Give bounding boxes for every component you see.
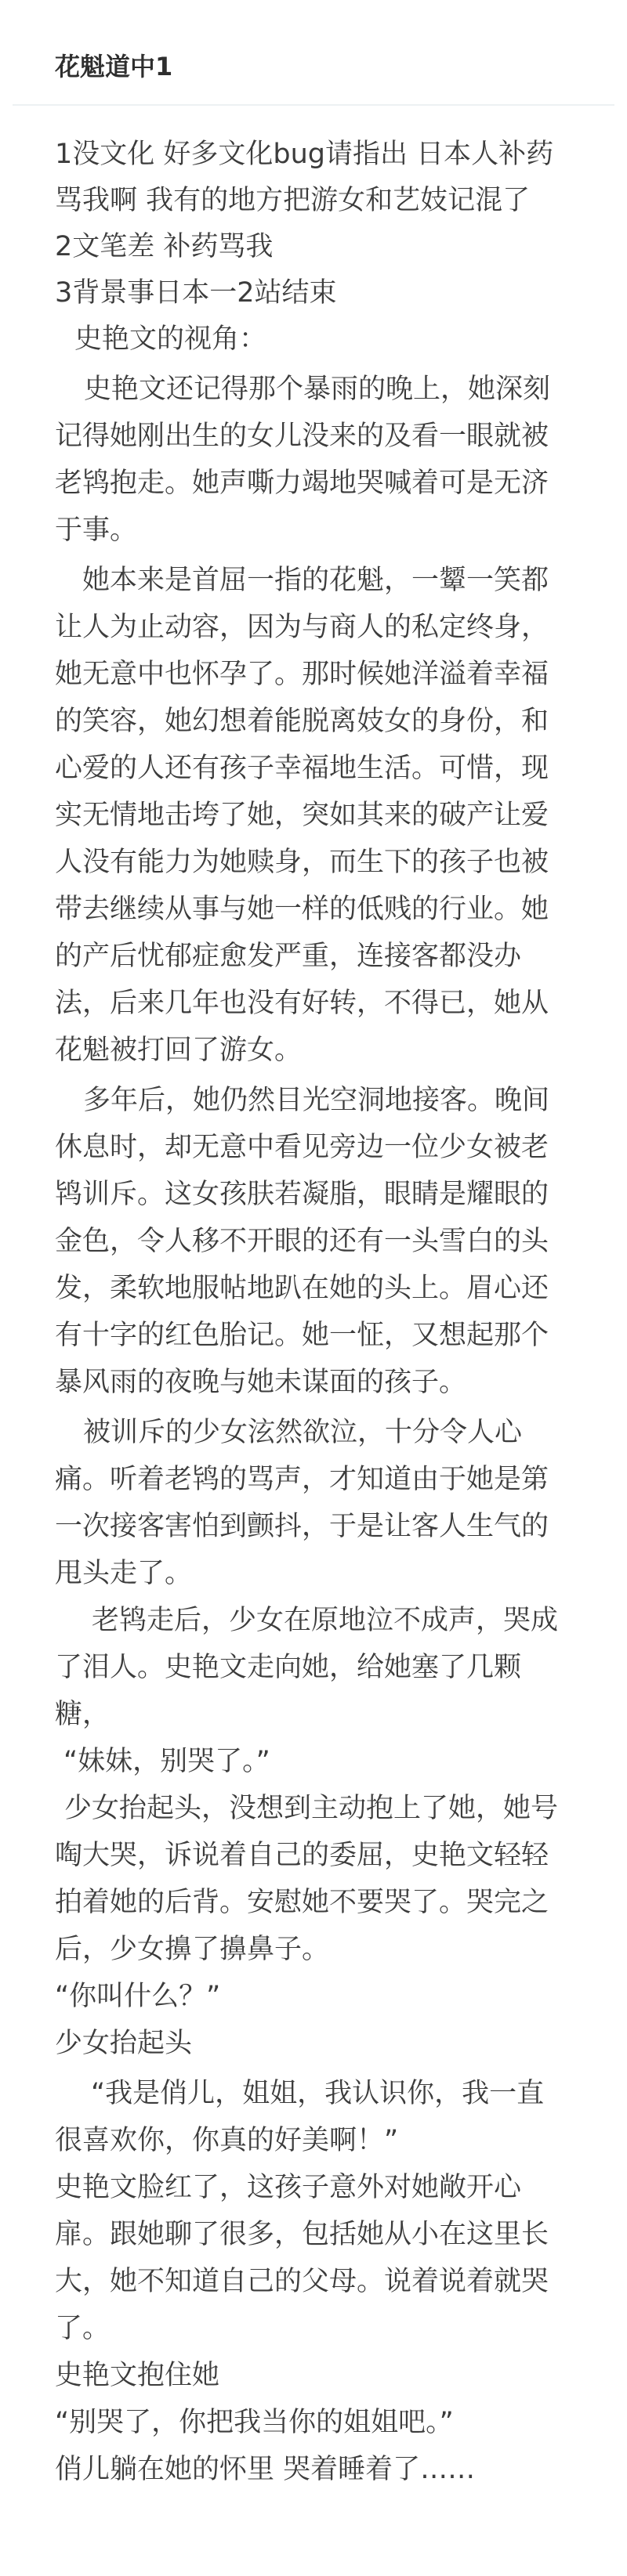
text-line: 史艳文的视角：	[55, 316, 572, 363]
text-line: 于事。	[55, 507, 572, 554]
text-line: 金色，令人移不开眼的还有一头雪白的头	[55, 1218, 572, 1265]
note-paragraph: 2文笔差 补药骂我	[55, 224, 572, 270]
text-line: 了。	[55, 2305, 572, 2352]
text-line: 让人为止动容，因为与商人的私定终身，	[55, 604, 572, 651]
text-line: 后，少女擤了擤鼻子。	[55, 1926, 572, 1973]
dialogue-line: “别哭了，你把我当你的姐姐吧。”	[55, 2399, 572, 2446]
text-line: 她本来是首屈一指的花魁，一颦一笑都	[55, 557, 572, 604]
story-paragraph: 她本来是首屈一指的花魁，一颦一笑都 让人为止动容，因为与商人的私定终身， 她无意…	[55, 557, 572, 1074]
text-line: 少女抬起头，没想到主动抱上了她，她号	[55, 1785, 572, 1832]
text-line: 带去继续从事与她一样的低贱的行业。她	[55, 886, 572, 933]
story-paragraph: 史艳文抱住她	[55, 2352, 572, 2399]
text-line: 她无意中也怀孕了。那时候她洋溢着幸福	[55, 651, 572, 698]
story-paragraph: 俏儿躺在她的怀里 哭着睡着了……	[55, 2446, 572, 2493]
text-line: 史艳文脸红了，这孩子意外对她敞开心	[55, 2164, 572, 2211]
text-line: 暴风雨的夜晚与她未谋面的孩子。	[55, 1359, 572, 1406]
text-line: 俏儿躺在她的怀里 哭着睡着了……	[55, 2446, 572, 2493]
text-line: 骂我啊 我有的地方把游女和艺妓记混了	[55, 178, 572, 224]
story-paragraph: 老鸨走后，少女在原地泣不成声，哭成 了泪人。史艳文走向她，给她塞了几颗 糖，	[55, 1597, 572, 1738]
text-line: 一次接客害怕到颤抖，于是让客人生气的	[55, 1503, 572, 1550]
text-line: “别哭了，你把我当你的姐姐吧。”	[55, 2399, 572, 2446]
text-line: 拍着她的后背。安慰她不要哭了。哭完之	[55, 1879, 572, 1926]
text-line: 休息时，却无意中看见旁边一位少女被老	[55, 1124, 572, 1171]
text-line: 人没有能力为她赎身，而生下的孩子也被	[55, 839, 572, 886]
article-body: 1没文化 好多文化bug请指出 日本人补药 骂我啊 我有的地方把游女和艺妓记混了…	[55, 132, 572, 2493]
text-line: 老鸨抱走。她声嘶力竭地哭喊着可是无济	[55, 460, 572, 507]
dialogue-line: “我是俏儿，姐姐，我认识你，我一直 很喜欢你，你真的好美啊！”	[55, 2070, 572, 2164]
article-page: 花魁道中1 1没文化 好多文化bug请指出 日本人补药 骂我啊 我有的地方把游女…	[0, 0, 627, 2576]
story-paragraph: 多年后，她仍然目光空洞地接客。晚间 休息时，却无意中看见旁边一位少女被老 鸨训斥…	[55, 1077, 572, 1406]
text-line: 法，后来几年也没有好转，不得已，她从	[55, 980, 572, 1027]
text-line: 啕大哭，诉说着自己的委屈，史艳文轻轻	[55, 1832, 572, 1879]
text-line: 甩头走了。	[55, 1550, 572, 1597]
text-line: 鸨训斥。这女孩肤若凝脂，眼睛是耀眼的	[55, 1171, 572, 1218]
text-line: 心爱的人还有孩子幸福地生活。可惜，现	[55, 745, 572, 792]
text-line: “妹妹，别哭了。”	[55, 1738, 572, 1785]
text-line: 扉。跟她聊了很多，包括她从小在这里长	[55, 2211, 572, 2258]
text-line: 记得她刚出生的女儿没来的及看一眼就被	[55, 413, 572, 460]
story-paragraph: 被训斥的少女泫然欲泣，十分令人心 痛。听着老鸨的骂声，才知道由于她是第 一次接客…	[55, 1409, 572, 1597]
author-notes: 1没文化 好多文化bug请指出 日本人补药 骂我啊 我有的地方把游女和艺妓记混了…	[55, 132, 572, 363]
text-line: 2文笔差 补药骂我	[55, 224, 572, 270]
text-line: 少女抬起头	[55, 2020, 572, 2067]
text-line: 史艳文抱住她	[55, 2352, 572, 2399]
text-line: 花魁被打回了游女。	[55, 1027, 572, 1074]
text-line: 大，她不知道自己的父母。说着说着就哭	[55, 2258, 572, 2305]
title-divider	[13, 104, 614, 106]
text-line: 史艳文还记得那个暴雨的晚上，她深刻	[55, 366, 572, 413]
text-line: 痛。听着老鸨的骂声，才知道由于她是第	[55, 1456, 572, 1503]
text-line: 糖，	[55, 1691, 572, 1738]
article-title: 花魁道中1	[55, 51, 172, 82]
note-paragraph: 3背景事日本一2站结束	[55, 270, 572, 316]
dialogue-line: “你叫什么？”	[55, 1973, 572, 2020]
text-line: “我是俏儿，姐姐，我认识你，我一直	[55, 2070, 572, 2117]
text-line: 的产后忧郁症愈发严重，连接客都没办	[55, 933, 572, 980]
text-line: 1没文化 好多文化bug请指出 日本人补药	[55, 132, 572, 178]
story-paragraph: 史艳文脸红了，这孩子意外对她敞开心 扉。跟她聊了很多，包括她从小在这里长 大，她…	[55, 2164, 572, 2352]
text-line: 了泪人。史艳文走向她，给她塞了几颗	[55, 1644, 572, 1691]
note-paragraph: 1没文化 好多文化bug请指出 日本人补药 骂我啊 我有的地方把游女和艺妓记混了	[55, 132, 572, 224]
story-paragraph: 少女抬起头，没想到主动抱上了她，她号 啕大哭，诉说着自己的委屈，史艳文轻轻 拍着…	[55, 1785, 572, 1973]
text-line: “你叫什么？”	[55, 1973, 572, 2020]
dialogue-line: “妹妹，别哭了。”	[55, 1738, 572, 1785]
text-line: 很喜欢你，你真的好美啊！”	[55, 2117, 572, 2164]
text-line: 发，柔软地服帖地趴在她的头上。眉心还	[55, 1265, 572, 1312]
text-line: 多年后，她仍然目光空洞地接客。晚间	[55, 1077, 572, 1124]
text-line: 被训斥的少女泫然欲泣，十分令人心	[55, 1409, 572, 1456]
text-line: 老鸨走后，少女在原地泣不成声，哭成	[55, 1597, 572, 1644]
text-line: 3背景事日本一2站结束	[55, 270, 572, 316]
story-paragraph: 史艳文还记得那个暴雨的晚上，她深刻 记得她刚出生的女儿没来的及看一眼就被 老鸨抱…	[55, 366, 572, 554]
text-line: 的笑容，她幻想着能脱离妓女的身份，和	[55, 698, 572, 745]
story-paragraph: 少女抬起头	[55, 2020, 572, 2067]
text-line: 实无情地击垮了她，突如其来的破产让爱	[55, 792, 572, 839]
text-line: 有十字的红色胎记。她一怔，又想起那个	[55, 1312, 572, 1359]
section-heading: 史艳文的视角：	[55, 316, 572, 363]
